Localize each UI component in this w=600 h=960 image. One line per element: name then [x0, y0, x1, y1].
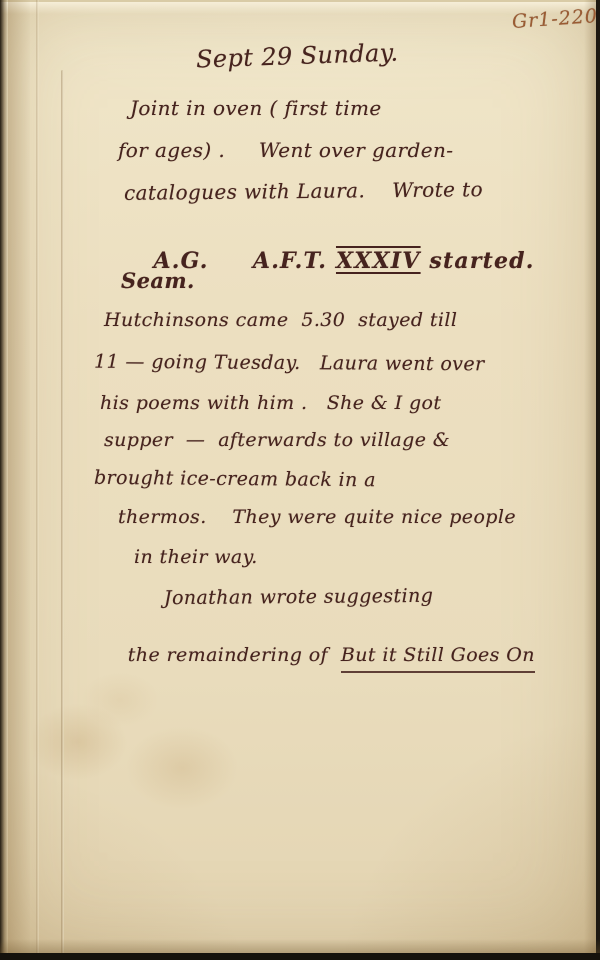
diary-line: his poems with him . She & I got: [100, 392, 441, 414]
bottom-edge: [0, 953, 600, 960]
diary-line-segment: the remaindering of: [128, 644, 341, 666]
underlined-roman-numeral: XXXIV: [336, 248, 421, 274]
diary-line: Joint in oven ( first time: [130, 96, 382, 120]
entry-date-heading: Sept 29 Sunday.: [196, 38, 399, 73]
underlined-book-title: But it Still Goes On: [341, 644, 535, 673]
binding-shadow: [8, 0, 30, 960]
diary-line: supper — afterwards to village &: [104, 429, 450, 451]
diary-line: Jonathan wrote suggesting: [164, 585, 433, 609]
diary-line: the remaindering of But it Still Goes On: [102, 622, 535, 688]
diary-line: Seam.: [121, 268, 195, 293]
diary-line: thermos. They were quite nice people: [118, 506, 516, 528]
diary-line: 11 — going Tuesday. Laura went over: [94, 351, 485, 376]
diary-line: catalogues with Laura. Wrote to: [124, 177, 483, 205]
diary-line: Hutchinsons came 5.30 stayed till: [104, 309, 457, 331]
diary-page: Gr1-220 Sept 29 Sunday. Joint in oven ( …: [0, 0, 600, 960]
diary-line-segment: started.: [421, 248, 535, 274]
binding-edge: [0, 0, 8, 960]
page-top-edge: [0, 0, 600, 14]
diary-line: brought ice-cream back in a: [94, 467, 376, 491]
underlying-page-edge: [36, 0, 39, 960]
bottom-edge-shadow: [0, 939, 600, 953]
diary-line: in their way.: [134, 546, 258, 568]
diary-line: for ages) . Went over garden-: [118, 138, 453, 162]
right-edge-shadow: [584, 0, 596, 960]
page-crease: [61, 70, 64, 960]
right-edge: [596, 0, 600, 960]
